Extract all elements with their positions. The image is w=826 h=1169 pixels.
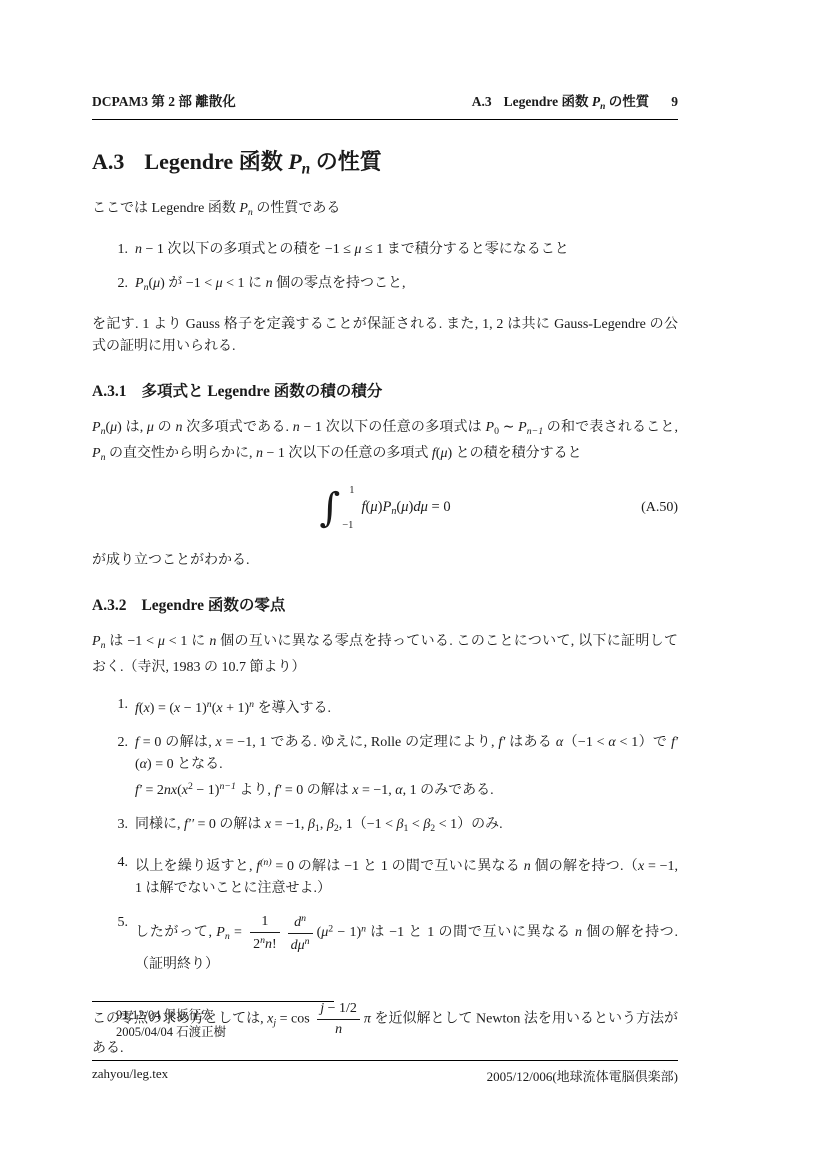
header-section-number: A.3: [472, 94, 492, 109]
list-item: 3. 同様に, f′′ = 0 の解は x = −1, β1, β2, 1（−1…: [92, 814, 678, 840]
paragraph-holds: が成り立つことがわかる.: [92, 550, 678, 572]
section-heading-text: Legendre 函数の零点: [141, 597, 285, 614]
equation-label: (A.50): [641, 500, 678, 516]
list-item-number: 4.: [92, 852, 128, 900]
page-header: DCPAM3 第 2 部 離散化 A.3Legendre 函数 Pn の性質9: [92, 93, 678, 116]
list-item: 4. 以上を繰り返すと, f(n) = 0 の解は −1 と 1 の間で互いに異…: [92, 852, 678, 900]
property-list: 1. n − 1 次以下の多項式との積を −1 ≤ μ ≤ 1 まで積分すると零…: [92, 239, 678, 299]
section-number: A.3.2: [92, 597, 126, 614]
list-item: 2. Pn(μ) が −1 < μ < 1 に n 個の零点を持つこと,: [92, 273, 678, 299]
list-item-number: 2.: [92, 732, 128, 802]
integral-glyph: ∫: [319, 486, 340, 530]
header-right-text: Legendre 函数 Pn の性質: [504, 94, 650, 109]
title-section-number: A.3: [92, 149, 124, 174]
list-item-text: n − 1 次以下の多項式との積を −1 ≤ μ ≤ 1 まで積分すると零になる…: [135, 239, 678, 261]
list-item-number: 1.: [92, 694, 128, 720]
list-item-text: f(x) = (x − 1)n(x + 1)n を導入する.: [135, 694, 678, 720]
paragraph-intro: ここでは Legendre 函数 Pn の性質である: [92, 198, 678, 224]
equation-a50: ∫ 1 −1 f(μ)Pn(μ)dμ = 0 (A.50): [92, 481, 678, 535]
list-item-number: 1.: [92, 239, 128, 261]
footnote-line: 91/12/04 保坂征宏: [92, 1007, 678, 1024]
proof-list: 1. f(x) = (x − 1)n(x + 1)n を導入する. 2. f =…: [92, 694, 678, 976]
list-item: 2. f = 0 の解は, x = −1, 1 である. ゆえに, Rolle …: [92, 732, 678, 802]
document-page: DCPAM3 第 2 部 離散化 A.3Legendre 函数 Pn の性質9 …: [0, 0, 826, 1169]
header-rule: [92, 119, 678, 120]
list-item-text: Pn(μ) が −1 < μ < 1 に n 個の零点を持つこと,: [135, 273, 678, 299]
page-title: A.3Legendre 函数 Pn の性質: [92, 148, 678, 184]
equation-main: ∫ 1 −1 f(μ)Pn(μ)dμ = 0: [319, 481, 450, 535]
list-item-text: したがって, Pn = 12nn!dndμn(μ2 − 1)n は −1 と 1…: [135, 912, 678, 976]
footnote-rule: [92, 1001, 334, 1002]
list-item-number: 3.: [92, 814, 128, 840]
footnote-block: 91/12/04 保坂征宏 2005/04/04 石渡正樹: [92, 1001, 678, 1041]
paragraph-zeros: Pn は −1 < μ < 1 に n 個の互いに異なる零点を持っている. この…: [92, 631, 678, 679]
page-footer: zahyou/leg.tex 2005/12/006(地球流体電脳倶楽部): [92, 1060, 678, 1085]
header-right: A.3Legendre 函数 Pn の性質9: [472, 93, 678, 116]
list-item-number: 2.: [92, 273, 128, 299]
list-item: 5. したがって, Pn = 12nn!dndμn(μ2 − 1)n は −1 …: [92, 912, 678, 976]
text-block: DCPAM3 第 2 部 離散化 A.3Legendre 函数 Pn の性質9 …: [92, 93, 678, 1060]
integral-sign: ∫ 1 −1: [319, 485, 361, 531]
list-item-text: 以上を繰り返すと, f(n) = 0 の解は −1 と 1 の間で互いに異なる …: [135, 852, 678, 900]
header-left-text: DCPAM3 第 2 部 離散化: [92, 93, 236, 110]
section-number: A.3.1: [92, 383, 126, 400]
section-heading-a32: A.3.2Legendre 函数の零点: [92, 596, 678, 616]
section-heading-text: 多項式と Legendre 函数の積の積分: [141, 383, 382, 400]
footer-publisher: 2005/12/006(地球流体電脳倶楽部): [487, 1066, 678, 1085]
integral-lower-limit: −1: [341, 520, 354, 531]
list-item-number: 5.: [92, 912, 128, 976]
integral-upper-limit: 1: [349, 485, 354, 496]
paragraph-orthogonality: Pn(μ) は, μ の n 次多項式である. n − 1 次以下の任意の多項式…: [92, 417, 678, 469]
page-number: 9: [671, 94, 678, 109]
title-text: Legendre 函数 Pn の性質: [144, 149, 381, 174]
section-heading-a31: A.3.1多項式と Legendre 函数の積の積分: [92, 382, 678, 402]
list-item: 1. n − 1 次以下の多項式との積を −1 ≤ μ ≤ 1 まで積分すると零…: [92, 239, 678, 261]
integral-limits: 1 −1: [341, 485, 354, 531]
paragraph-purpose: を記す. 1 より Gauss 格子を定義することが保証される. また, 1, …: [92, 314, 678, 358]
equation-body: f(μ)Pn(μ)dμ = 0: [361, 499, 450, 517]
footnote-line: 2005/04/04 石渡正樹: [92, 1024, 678, 1041]
list-item-text: f = 0 の解は, x = −1, 1 である. ゆえに, Rolle の定理…: [135, 732, 678, 802]
list-item: 1. f(x) = (x − 1)n(x + 1)n を導入する.: [92, 694, 678, 720]
list-item-text: 同様に, f′′ = 0 の解は x = −1, β1, β2, 1（−1 < …: [135, 814, 678, 840]
footer-filename: zahyou/leg.tex: [92, 1066, 168, 1085]
